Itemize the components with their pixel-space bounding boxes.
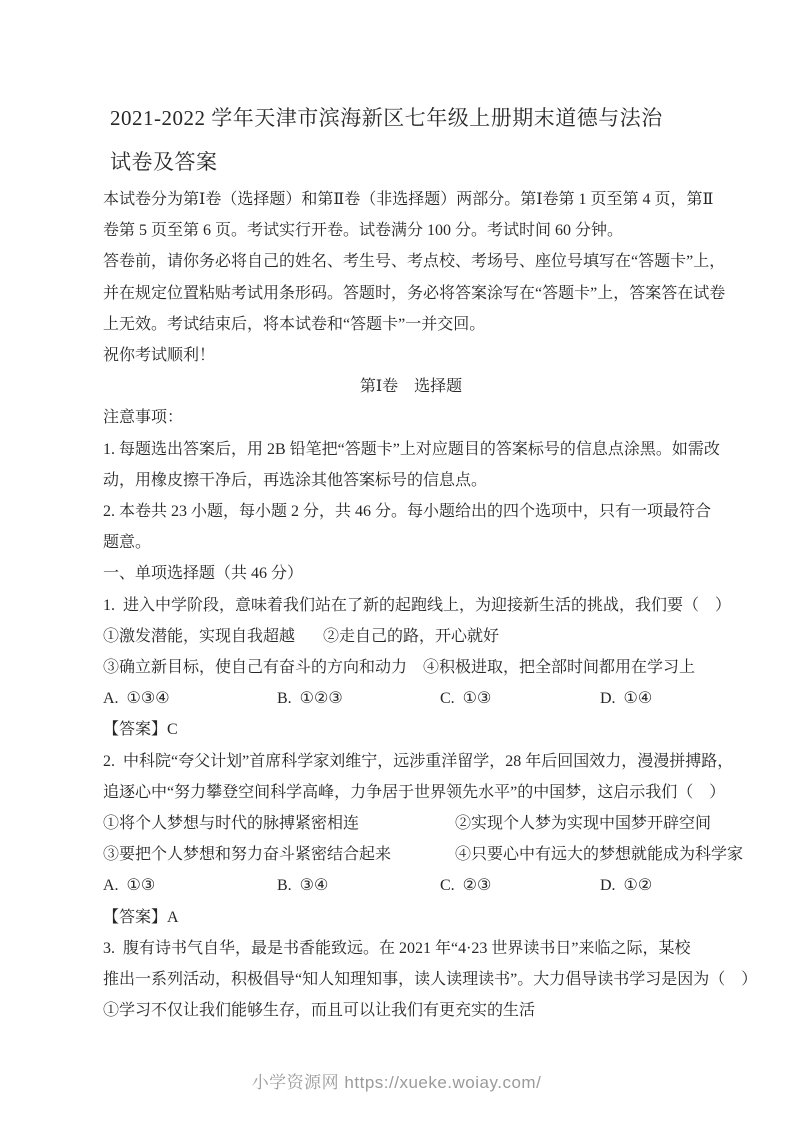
document-body: 本试卷分为第Ⅰ卷（选择题）和第Ⅱ卷（非选择题）两部分。第Ⅰ卷第 1 页至第 4 … <box>103 184 719 1026</box>
suboption-2: ②走自己的路，开心就好 <box>323 628 499 645</box>
question-1-stem: 1. 进入中学阶段，意味着我们站在了新的起跑线上，为迎接新生活的挑战，我们要（ … <box>103 590 719 621</box>
question-2-choices: A. ①③ B. ③④ C. ②③ D. ①② <box>103 870 719 901</box>
choice-b: B. ③④ <box>277 870 440 901</box>
notes-title: 注意事项： <box>103 402 719 433</box>
note-1-line-2: 动，用橡皮擦干净后，再选涂其他答案标号的信息点。 <box>103 465 719 496</box>
part-1-title: 一、单项选择题（共 46 分） <box>103 558 719 589</box>
question-2-stem-line-1: 2. 中科院“夸父计划”首席科学家刘维宁，远涉重洋留学，28 年后回国效力，漫漫… <box>103 746 719 777</box>
title-line-2: 试卷及答案 <box>110 140 719 184</box>
choice-a: A. ①③④ <box>103 683 277 714</box>
question-3-stem-line-2: 推出一系列活动，积极倡导“知人知理知事，读人读理读书”。大力倡导读书学习是因为（… <box>103 964 719 995</box>
question-3-suboption-1: ①学习不仅让我们能够生存，而且可以让我们有更充实的生活 <box>103 995 719 1026</box>
suboption-2: ②实现个人梦为实现中国梦开辟空间 <box>455 815 711 832</box>
exam-document-page: 2021-2022 学年天津市滨海新区七年级上册期末道德与法治 试卷及答案 本试… <box>0 0 793 1122</box>
question-1-choices: A. ①③④ B. ①②③ C. ①③ D. ①④ <box>103 683 719 714</box>
question-1-answer: 【答案】C <box>103 714 719 745</box>
note-2-line-1: 2. 本卷共 23 小题，每小题 2 分，共 46 分。每小题给出的四个选项中，… <box>103 496 719 527</box>
site-watermark-url: https://xueke.woiay.com/ <box>344 1073 541 1092</box>
document-title: 2021-2022 学年天津市滨海新区七年级上册期末道德与法治 试卷及答案 <box>110 96 719 184</box>
suboption-1: ①激发潜能，实现自我超越 <box>103 628 295 645</box>
exam-wish: 祝你考试顺利！ <box>103 340 719 371</box>
site-watermark: 小学资源网 https://xueke.woiay.com/ <box>0 1068 793 1093</box>
suboption-3: ③确立新目标，使自己有奋斗的方向和动力 <box>103 659 407 676</box>
question-3-stem-line-1: 3. 腹有诗书气自华，最是书香能致远。在 2021 年“4·23 世界读书日”来… <box>103 933 719 964</box>
note-1-line-1: 1. 每题选出答案后，用 2B 铅笔把“答题卡”上对应题目的答案标号的信息点涂黑… <box>103 434 719 465</box>
question-2-suboptions-row-1: ①将个人梦想与时代的脉搏紧密相连②实现个人梦为实现中国梦开辟空间 <box>103 808 719 839</box>
question-2-suboptions-row-2: ③要把个人梦想和努力奋斗紧密结合起来④只要心中有远大的梦想就能成为科学家 <box>103 839 719 870</box>
note-2-line-2: 题意。 <box>103 527 719 558</box>
question-1-suboptions-row-1: ①激发潜能，实现自我超越②走自己的路，开心就好 <box>103 621 719 652</box>
question-2-stem-line-2: 追逐心中“努力攀登空间科学高峰，力争居于世界领先水平”的中国梦，这启示我们（ ） <box>103 777 719 808</box>
choice-c: C. ①③ <box>440 683 600 714</box>
suboption-1: ①将个人梦想与时代的脉搏紧密相连 <box>103 808 455 839</box>
question-2-answer: 【答案】A <box>103 902 719 933</box>
title-line-1: 2021-2022 学年天津市滨海新区七年级上册期末道德与法治 <box>110 96 719 140</box>
choice-c: C. ②③ <box>440 870 600 901</box>
intro-line-4: 并在规定位置粘贴考试用条形码。答题时，务必将答案涂写在“答题卡”上，答案答在试卷 <box>103 278 719 309</box>
suboption-4: ④积极进取，把全部时间都用在学习上 <box>423 659 695 676</box>
choice-a: A. ①③ <box>103 870 277 901</box>
document-content: 2021-2022 学年天津市滨海新区七年级上册期末道德与法治 试卷及答案 本试… <box>103 96 719 1026</box>
question-1-suboptions-row-2: ③确立新目标，使自己有奋斗的方向和动力④积极进取，把全部时间都用在学习上 <box>103 652 719 683</box>
suboption-3: ③要把个人梦想和努力奋斗紧密结合起来 <box>103 839 455 870</box>
intro-line-1: 本试卷分为第Ⅰ卷（选择题）和第Ⅱ卷（非选择题）两部分。第Ⅰ卷第 1 页至第 4 … <box>103 184 719 215</box>
intro-line-5: 上无效。考试结束后，将本试卷和“答题卡”一并交回。 <box>103 309 719 340</box>
choice-d: D. ①④ <box>600 683 652 714</box>
intro-line-3: 答卷前，请你务必将自己的姓名、考生号、考点校、考场号、座位号填写在“答题卡”上， <box>103 246 719 277</box>
intro-line-2: 卷第 5 页至第 6 页。考试实行开卷。试卷满分 100 分。考试时间 60 分… <box>103 215 719 246</box>
choice-d: D. ①② <box>600 870 652 901</box>
suboption-4: ④只要心中有远大的梦想就能成为科学家 <box>455 846 743 863</box>
site-watermark-name: 小学资源网 <box>252 1073 340 1092</box>
choice-b: B. ①②③ <box>277 683 440 714</box>
section-1-header: 第Ⅰ卷 选择题 <box>103 371 719 402</box>
